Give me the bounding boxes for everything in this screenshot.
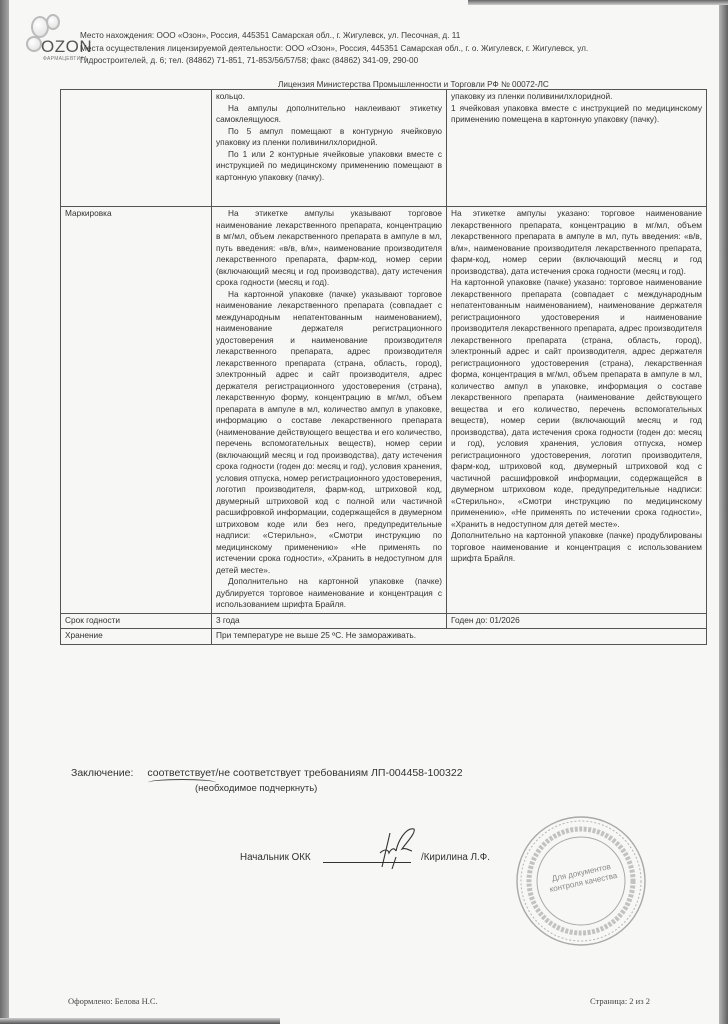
scan-edge-bottom [0, 1018, 280, 1024]
actual-paragraph: На этикетке ампулы указано: торговое наи… [451, 208, 702, 277]
row-label: Маркировка [61, 207, 212, 614]
page-number: Страница: 2 из 2 [590, 996, 650, 1006]
actual-cell: упаковку из пленки поливинилхлоридной. 1… [447, 90, 707, 207]
actual-cell: Годен до: 01/2026 [447, 613, 707, 629]
requirement-paragraph: кольцо. [216, 91, 442, 103]
prepared-by: Оформлено: Белова Н.С. [68, 996, 158, 1006]
requirement-paragraph: Дополнительно на картонной упаковке (пач… [216, 576, 442, 611]
actual-paragraph: упаковку из пленки поливинилхлоридной. [451, 91, 702, 103]
requirement-paragraph: По 1 или 2 контурные ячейковые упаковки … [216, 149, 442, 184]
requirement-paragraph: На ампулы дополнительно наклеивают этике… [216, 103, 442, 126]
actual-paragraph: Дополнительно на картонной упаковке (пач… [451, 530, 702, 565]
table-row-shelf-life: Срок годности 3 года Годен до: 01/2026 [61, 613, 707, 629]
requirement-cell: На этикетке ампулы указывают торговое на… [212, 207, 447, 614]
conclusion-note: (необходимое подчеркнуть) [195, 783, 317, 794]
signer-position: Начальник ОКК [240, 852, 311, 863]
address-line-1: Место нахождения: ООО «Озон», Россия, 44… [80, 30, 588, 43]
signer-name: /Кирилина Л.Ф. [421, 852, 490, 863]
conclusion-label: Заключение: [71, 767, 133, 779]
row-label [61, 90, 212, 207]
requirement-cell: 3 года [212, 613, 447, 629]
conclusion: Заключение:соответствует/не соответствуе… [71, 767, 463, 779]
requirement-paragraph: По 5 ампул помещают в контурную ячейкову… [216, 126, 442, 149]
table-row-marking: Маркировка На этикетке ампулы указывают … [61, 207, 707, 614]
actual-cell: На этикетке ампулы указано: торговое наи… [447, 207, 707, 614]
requirement-cell: кольцо. На ампулы дополнительно наклеива… [212, 90, 447, 207]
requirement-paragraph: На этикетке ампулы указывают торговое на… [216, 208, 442, 289]
handwritten-signature-icon [362, 823, 417, 871]
table-row-packaging: кольцо. На ампулы дополнительно наклеива… [61, 90, 707, 207]
scan-edge-right [719, 0, 728, 1024]
requirement-paragraph: На картонной упаковке (пачке) указывают … [216, 289, 442, 577]
ozon-logo: OZON ФАРМАЦЕВТИКА [22, 12, 82, 68]
storage-cell: При температуре не выше 25 ºС. Не замора… [212, 629, 707, 645]
table-row-storage: Хранение При температуре не выше 25 ºС. … [61, 629, 707, 645]
license-line: Лицензия Министерства Промышленности и Т… [278, 80, 549, 89]
logo-bubble-icon [26, 36, 42, 52]
company-address: Место нахождения: ООО «Озон», Россия, 44… [80, 30, 588, 68]
scan-edge-top [468, 0, 728, 5]
conclusion-text: /не соответствует требованиям ЛП-004458-… [216, 767, 463, 779]
specification-table: кольцо. На ампулы дополнительно наклеива… [60, 89, 707, 645]
conclusion-selected: соответствует [147, 767, 215, 779]
actual-paragraph: На картонной упаковке (пачке) указано: т… [451, 277, 702, 530]
row-label: Хранение [61, 629, 212, 645]
address-line-2: Места осуществления лицензируемой деятел… [80, 43, 588, 56]
address-line-3: Гидростроителей, д. 6; тел. (84862) 71-8… [80, 55, 588, 68]
actual-paragraph: 1 ячейковая упаковка вместе с инструкцие… [451, 103, 702, 126]
scan-edge-left [0, 0, 9, 1024]
row-label: Срок годности [61, 613, 212, 629]
logo-bubble-icon [46, 14, 60, 30]
